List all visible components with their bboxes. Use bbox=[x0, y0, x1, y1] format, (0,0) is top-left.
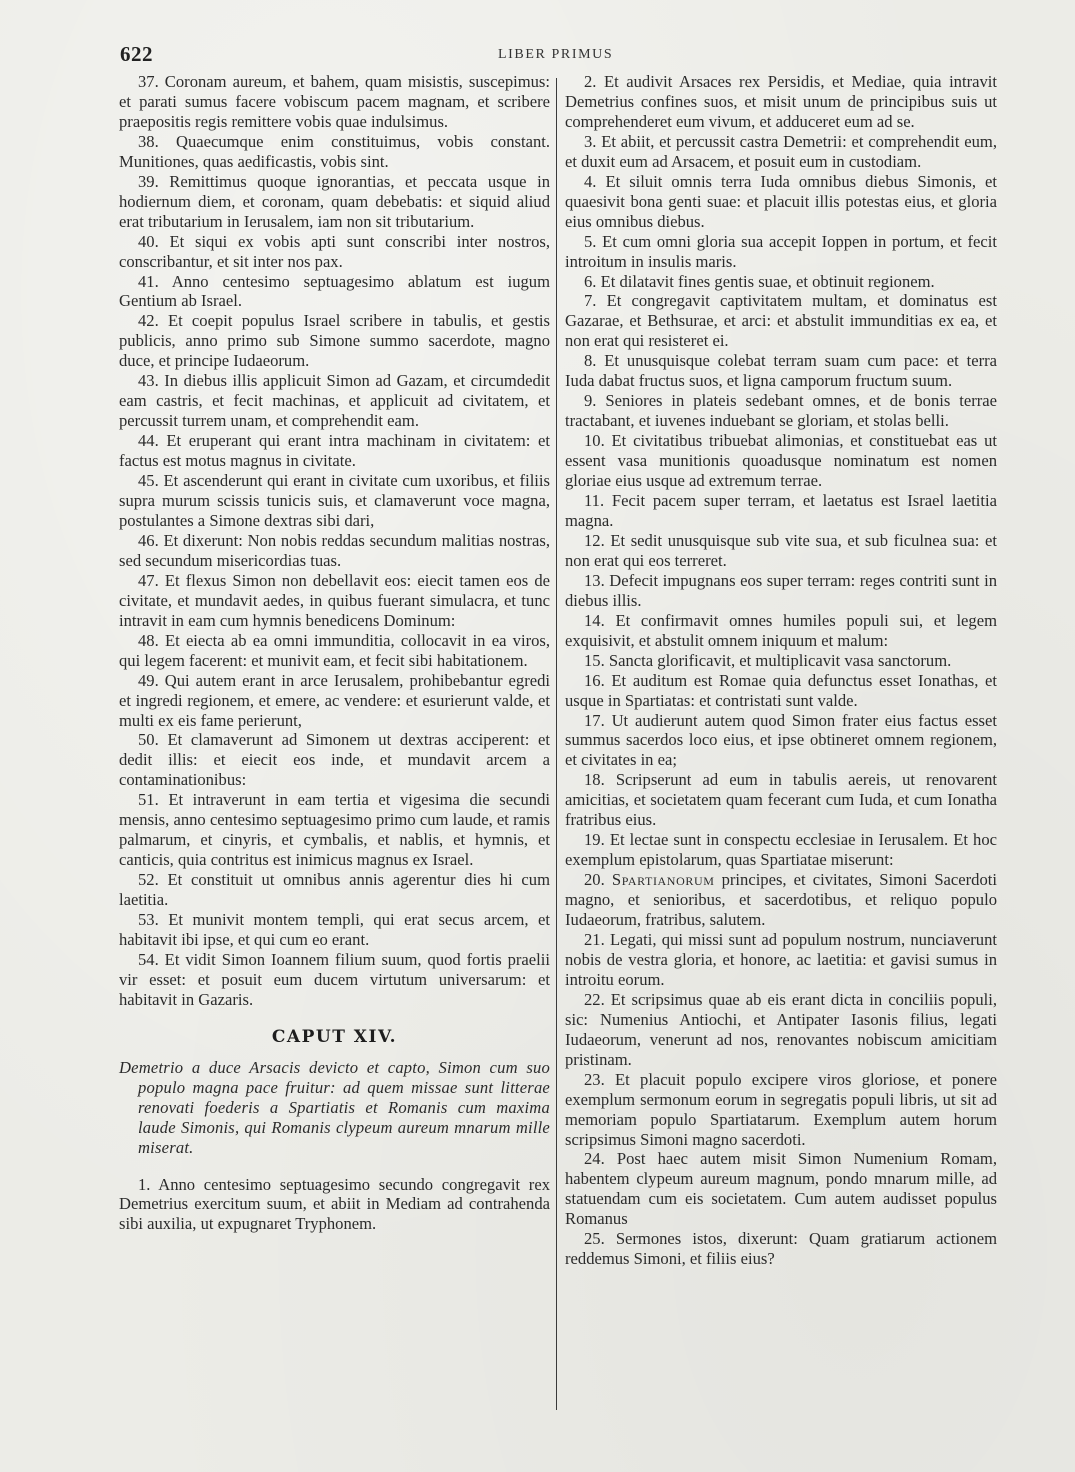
verse-41: 41. Anno centesimo septuagesimo ablatum … bbox=[119, 272, 550, 312]
chapter-summary: Demetrio a duce Arsacis devicto et capto… bbox=[119, 1058, 550, 1158]
verse-40: 40. Et siqui ex vobis apti sunt conscrib… bbox=[119, 232, 550, 272]
verse-39: 39. Remittimus quoque ignorantias, et pe… bbox=[119, 172, 550, 232]
right-column: 2. Et audivit Arsaces rex Persidis, et M… bbox=[565, 72, 997, 1269]
verse-49: 49. Qui autem erant in arce Ierusalem, p… bbox=[119, 671, 550, 731]
verse-11: 11. Fecit pacem super terram, et laetatu… bbox=[565, 491, 997, 531]
verse-22: 22. Et scripsimus quae ab eis erant dict… bbox=[565, 990, 997, 1070]
verse-47: 47. Et flexus Simon non debellavit eos: … bbox=[119, 571, 550, 631]
book-page: 622 LIBER PRIMUS 37. Coronam aureum, et … bbox=[0, 0, 1075, 1472]
running-title: LIBER PRIMUS bbox=[498, 47, 613, 63]
smallcaps-word: Spartianorum bbox=[612, 870, 715, 889]
verse-2: 2. Et audivit Arsaces rex Persidis, et M… bbox=[565, 72, 997, 132]
verse-21: 21. Legati, qui missi sunt ad populum no… bbox=[565, 930, 997, 990]
verse-1: 1. Anno centesimo septuagesimo secundo c… bbox=[119, 1175, 550, 1235]
left-column: 37. Coronam aureum, et bahem, quam misis… bbox=[119, 72, 550, 1234]
verse-3: 3. Et abiit, et percussit castra Demetri… bbox=[565, 132, 997, 172]
verse-16: 16. Et auditum est Romae quia defunctus … bbox=[565, 671, 997, 711]
verse-18: 18. Scripserunt ad eum in tabulis aereis… bbox=[565, 770, 997, 830]
verse-7: 7. Et congregavit captivitatem multam, e… bbox=[565, 291, 997, 351]
verse-9: 9. Seniores in plateis sedebant omnes, e… bbox=[565, 391, 997, 431]
verse-23: 23. Et placuit populo excipere viros glo… bbox=[565, 1070, 997, 1150]
verse-24: 24. Post haec autem misit Simon Numenium… bbox=[565, 1149, 997, 1229]
verse-53: 53. Et munivit montem templi, qui erat s… bbox=[119, 910, 550, 950]
verse-50: 50. Et clamaverunt ad Simonem ut dextras… bbox=[119, 730, 550, 790]
verse-17: 17. Ut audierunt autem quod Simon frater… bbox=[565, 711, 997, 771]
running-head: 622 LIBER PRIMUS bbox=[120, 40, 1000, 70]
verse-51: 51. Et intraverunt in eam tertia et vige… bbox=[119, 790, 550, 870]
verse-number: 20. bbox=[584, 870, 605, 889]
verse-12: 12. Et sedit unusquisque sub vite sua, e… bbox=[565, 531, 997, 571]
verse-20: 20. Spartianorum principes, et civitates… bbox=[565, 870, 997, 930]
column-rule bbox=[556, 78, 557, 1410]
verse-48: 48. Et eiecta ab ea omni immunditia, col… bbox=[119, 631, 550, 671]
verse-38: 38. Quaecumque enim constituimus, vobis … bbox=[119, 132, 550, 172]
verse-42: 42. Et coepit populus Israel scribere in… bbox=[119, 311, 550, 371]
verse-54: 54. Et vidit Simon Ioannem filium suum, … bbox=[119, 950, 550, 1010]
verse-52: 52. Et constituit ut omnibus annis agere… bbox=[119, 870, 550, 910]
verse-46: 46. Et dixerunt: Non nobis reddas secund… bbox=[119, 531, 550, 571]
page-number: 622 bbox=[120, 42, 153, 67]
verse-13: 13. Defecit impugnans eos super terram: … bbox=[565, 571, 997, 611]
verse-6: 6. Et dilatavit fines gentis suae, et ob… bbox=[565, 272, 997, 292]
chapter-heading: CAPUT XIV. bbox=[119, 1028, 550, 1048]
verse-14: 14. Et confirmavit omnes humiles populi … bbox=[565, 611, 997, 651]
verse-5: 5. Et cum omni gloria sua accepit Ioppen… bbox=[565, 232, 997, 272]
verse-25: 25. Sermones istos, dixerunt: Quam grati… bbox=[565, 1229, 997, 1269]
verse-44: 44. Et eruperant qui erant intra machina… bbox=[119, 431, 550, 471]
verse-43: 43. In diebus illis applicuit Simon ad G… bbox=[119, 371, 550, 431]
verse-4: 4. Et siluit omnis terra Iuda omnibus di… bbox=[565, 172, 997, 232]
verse-37: 37. Coronam aureum, et bahem, quam misis… bbox=[119, 72, 550, 132]
verse-8: 8. Et unusquisque colebat terram suam cu… bbox=[565, 351, 997, 391]
verse-10: 10. Et civitatibus tribuebat alimonias, … bbox=[565, 431, 997, 491]
verse-45: 45. Et ascenderunt qui erant in civitate… bbox=[119, 471, 550, 531]
verse-15: 15. Sancta glorificavit, et multiplicavi… bbox=[565, 651, 997, 671]
verse-19: 19. Et lectae sunt in conspectu ecclesia… bbox=[565, 830, 997, 870]
